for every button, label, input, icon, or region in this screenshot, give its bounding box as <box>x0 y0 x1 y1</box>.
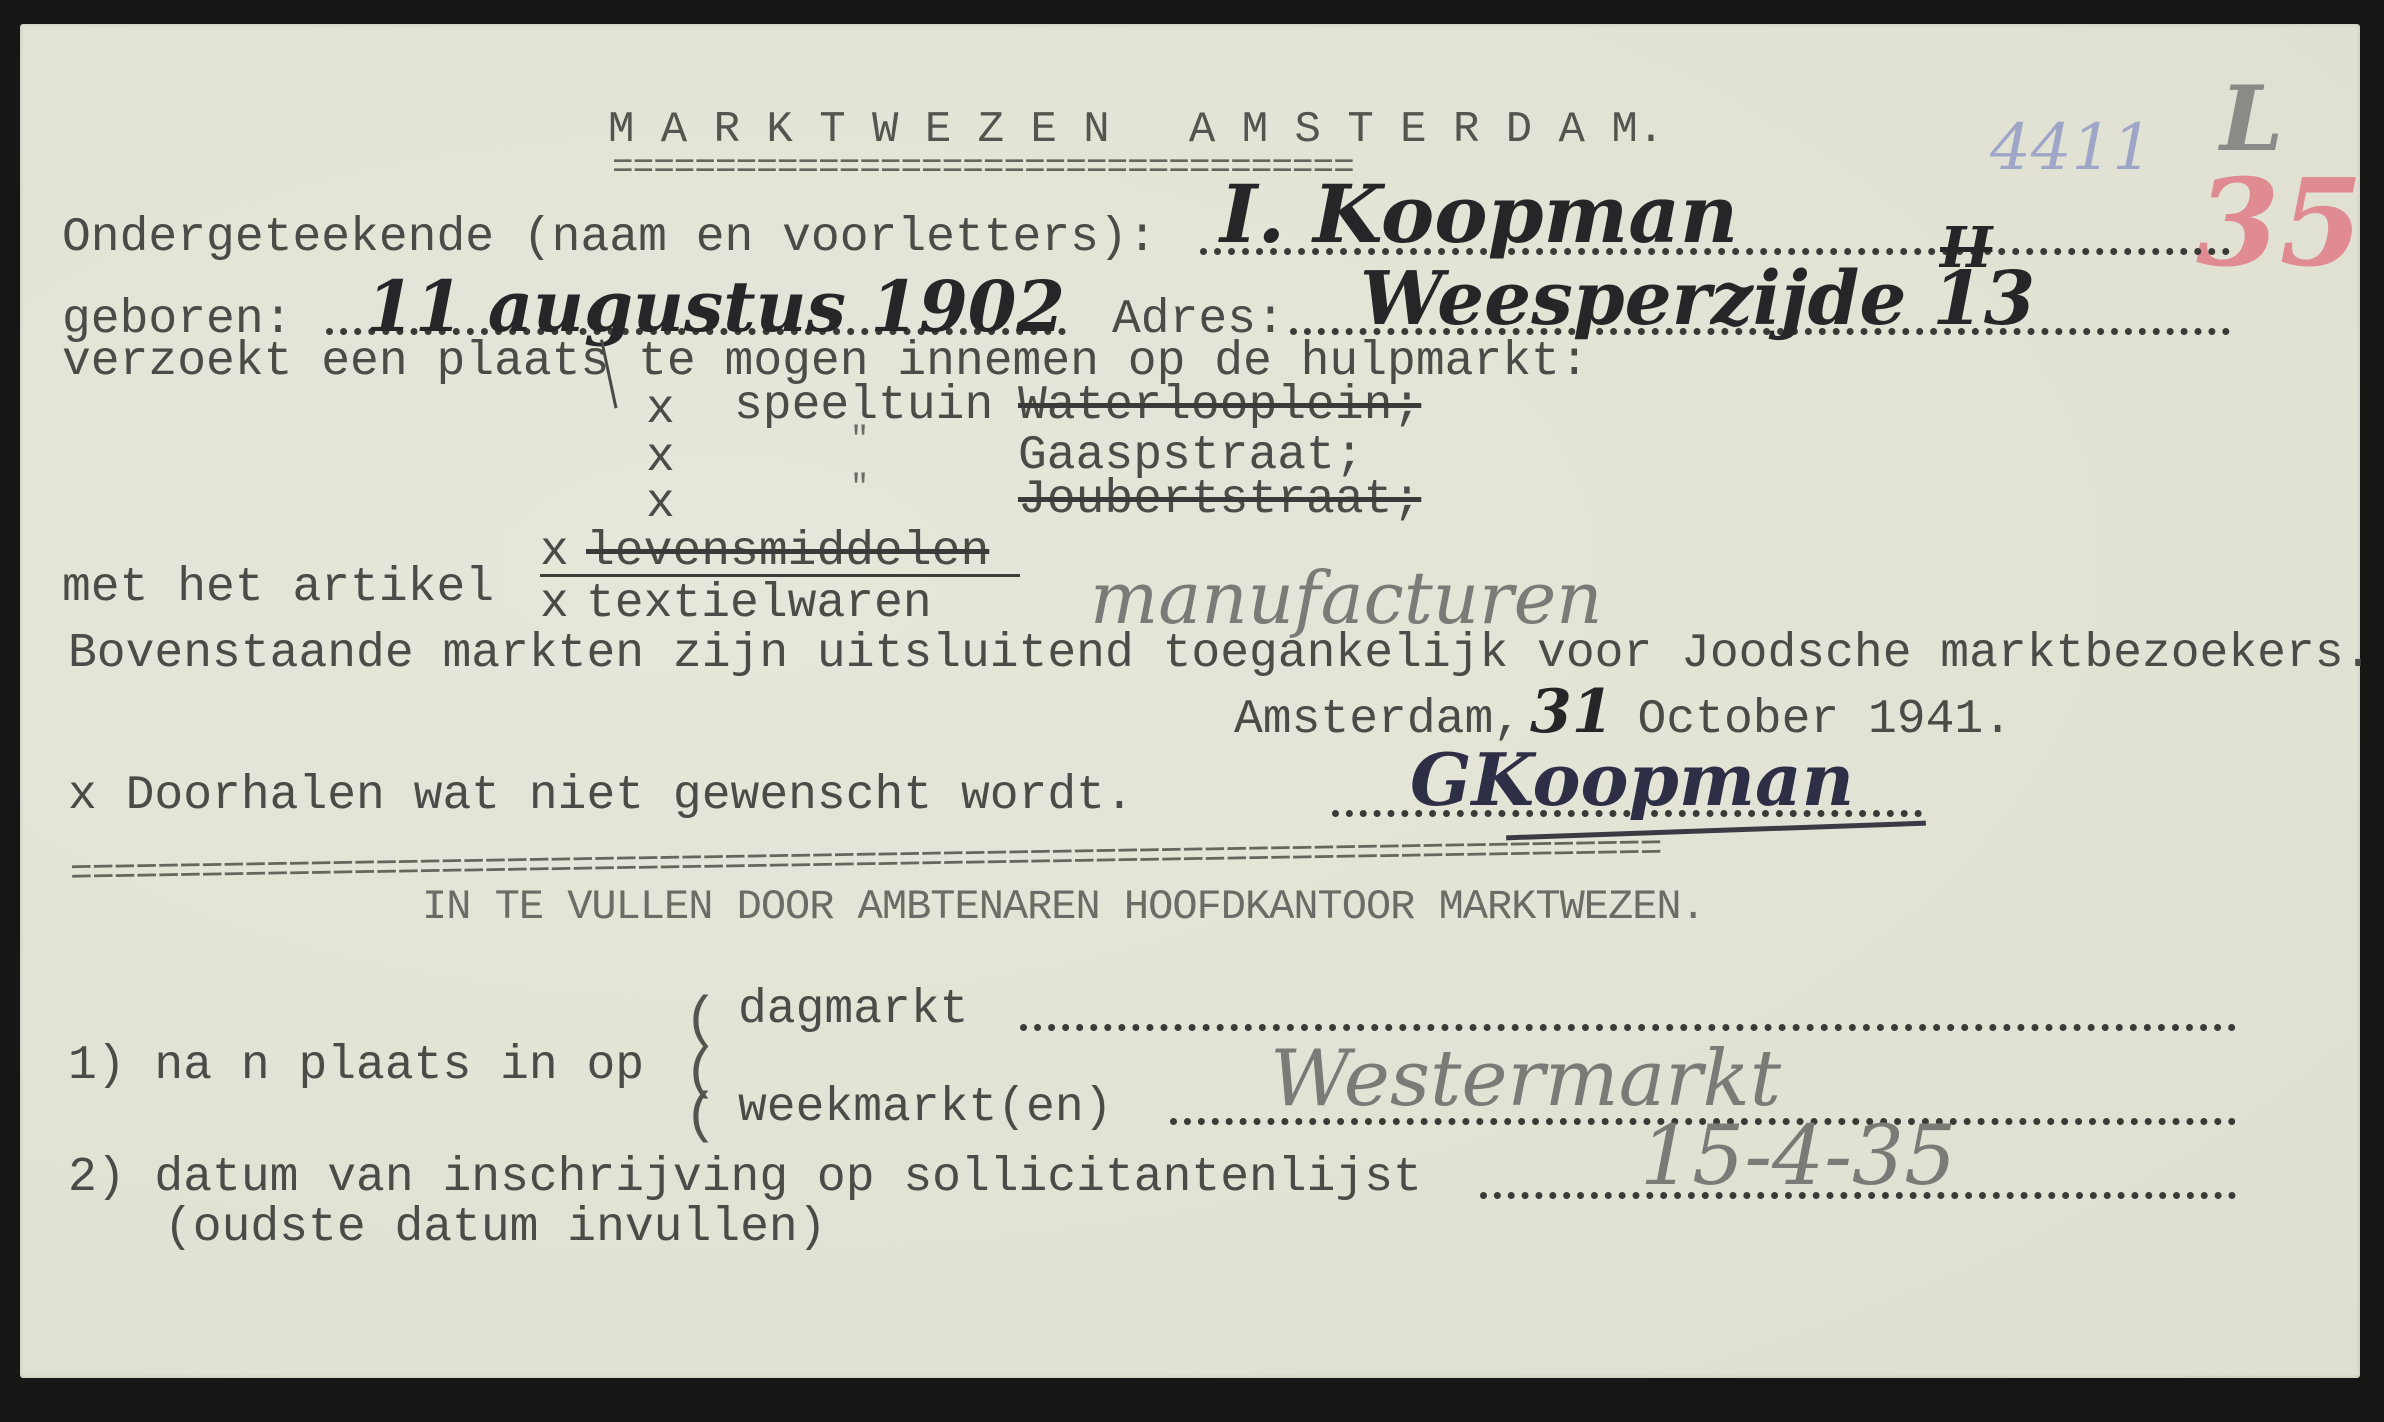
market-joubertstraat: Joubertstraat; <box>1018 476 1421 524</box>
weekmarkt-label: weekmarkt(en) <box>738 1084 1112 1132</box>
brace-close: ( <box>684 1088 718 1144</box>
address-handwritten: Weesperzijde 13 <box>1360 262 2035 336</box>
article-marker: x <box>540 528 569 576</box>
market-marker: x <box>646 480 675 528</box>
applicant-name-handwritten: I. Koopman <box>1220 174 1738 254</box>
grey-pencil-mark: L <box>2220 74 2283 164</box>
official-section-heading: IN TE VULLEN DOOR AMBTENAREN HOOFDKANTOO… <box>422 886 1705 928</box>
dagmarkt-dotted-line <box>1020 1024 2236 1031</box>
footnote-text: x Doorhalen wat niet gewenscht wordt. <box>68 772 1134 820</box>
ditto-mark: " <box>850 472 869 504</box>
article-levensmiddelen: levensmiddelen <box>586 528 989 576</box>
article-textielwaren: textielwaren <box>586 580 932 628</box>
registration-date-handwritten: 15-4-35 <box>1640 1116 1956 1198</box>
red-pencil-number: 35 <box>2196 164 2363 284</box>
article-marker: x <box>540 580 569 628</box>
item1-label: 1) na n plaats in op <box>68 1042 644 1090</box>
index-card: M A R K T W E Z E N A M S T E R D A M. =… <box>20 24 2360 1378</box>
dagmarkt-label: dagmarkt <box>738 986 968 1034</box>
item2-sublabel: (oudste datum invullen) <box>164 1204 827 1252</box>
market-marker: x <box>646 434 675 482</box>
ditto-mark: " <box>850 424 869 456</box>
article-label: met het artikel <box>62 564 494 612</box>
market-handwritten: Westermarkt <box>1270 1040 1781 1118</box>
document-title: M A R K T W E Z E N A M S T E R D A M. <box>608 108 1664 152</box>
birth-date-handwritten: 11 augustus 1902 <box>366 272 1065 342</box>
item2-label: 2) datum van inschrijving op sollicitant… <box>68 1154 1422 1202</box>
signature-handwritten: GKoopman <box>1410 744 1854 816</box>
article-handwritten-note: manufacturen <box>1090 562 1603 634</box>
market-marker: x <box>646 386 675 434</box>
notice-text: Bovenstaande markten zijn uitsluitend to… <box>68 630 2372 678</box>
place-date: Amsterdam, 31 October 1941. <box>1234 682 2012 744</box>
blue-pencil-mark: 4411 <box>1990 116 2153 180</box>
applicant-name-label: Ondergeteekende (naam en voorletters): <box>62 214 1157 262</box>
market-waterlooplein: Waterlooplein; <box>1018 382 1421 430</box>
